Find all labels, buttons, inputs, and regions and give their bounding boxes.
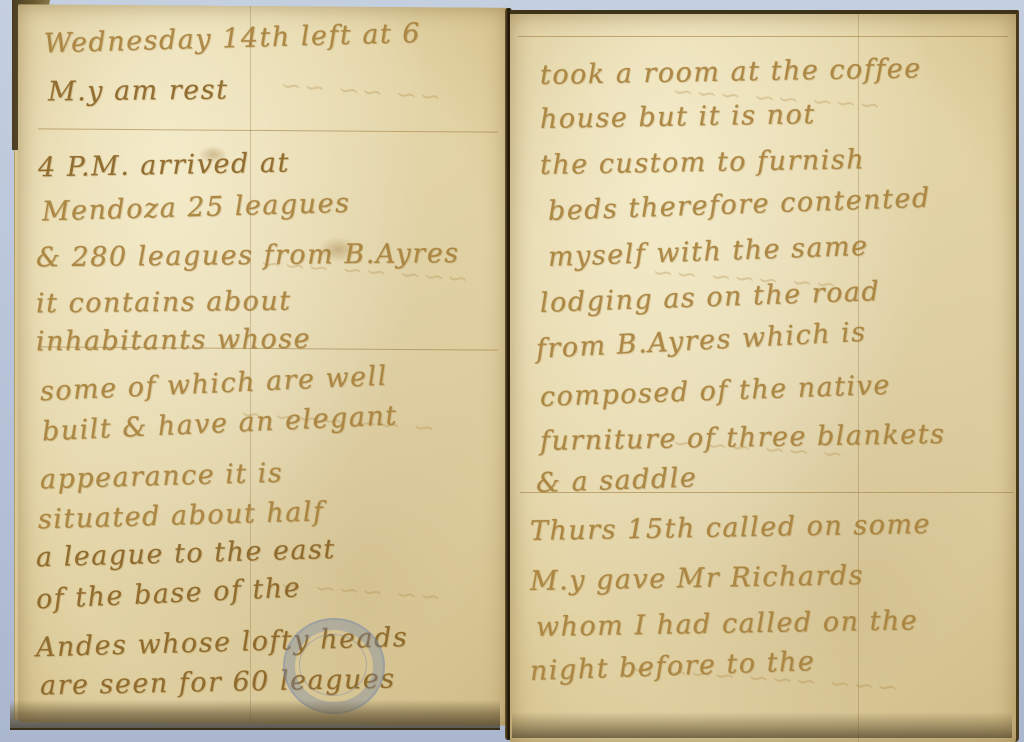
paper-crease	[250, 6, 251, 724]
handwritten-line: & 280 leagues from B.Ayres	[36, 238, 460, 273]
handwritten-line: appearance it is	[39, 458, 283, 496]
handwritten-line: from B.Ayres which is	[535, 317, 867, 365]
handwritten-line: myself with the same	[547, 231, 869, 273]
handwritten-line: night before to the	[529, 646, 815, 687]
handwritten-line: furniture of three blankets	[540, 419, 946, 457]
handwritten-line: the custom to furnish	[540, 144, 866, 181]
handwritten-line: took a room at the coffee	[540, 53, 922, 91]
handwritten-line: beds therefore contented	[547, 183, 931, 227]
handwritten-line: M.y am rest	[48, 75, 229, 108]
ink-bleed-through: ~~ ~~~ ~	[277, 570, 442, 612]
handwritten-line: & a saddle	[535, 462, 697, 499]
handwritten-line: composed of the native	[539, 370, 891, 413]
handwritten-line: inhabitants whose	[36, 324, 312, 358]
ruled-separator	[518, 36, 1008, 37]
handwritten-line: lodging as on the road	[539, 276, 880, 319]
left-page: ~~ ~~ ~~ ~~~ ~~ ~~~ ~ ~~ ~~~ ~ ~~ ~~~ ~ …	[18, 4, 508, 725]
handwritten-line: of the base of the	[35, 572, 302, 615]
handwritten-line: 4 P.M. arrived at	[38, 148, 291, 184]
handwritten-line: Thurs 15th called on some	[530, 509, 932, 547]
handwritten-line: house but it is not	[540, 99, 816, 135]
handwritten-line: whom I had called on the	[536, 605, 919, 643]
handwritten-line: situated about half	[37, 496, 325, 535]
handwritten-line: built & have an elegant	[41, 400, 398, 447]
handwritten-line: some of which are well	[39, 361, 388, 408]
handwritten-line: it contains about	[36, 286, 292, 320]
ruled-separator	[38, 128, 498, 132]
handwritten-line: Mendoza 25 leagues	[41, 188, 351, 228]
ink-bleed-through: ~~ ~~ ~~	[277, 70, 442, 112]
handwritten-line: a league to the east	[35, 534, 336, 573]
manuscript-scan: ~~ ~~ ~~ ~~~ ~~ ~~~ ~ ~~ ~~~ ~ ~~ ~~~ ~ …	[0, 0, 1024, 742]
right-page: ~~~ ~~ ~~~ ~~ ~~~ ~~ ~ ~~ ~~ ~ ~~~ ~~~ ~…	[510, 10, 1019, 742]
handwritten-line: Wednesday 14th left at 6	[43, 18, 421, 60]
worn-bottom-edge	[10, 700, 500, 730]
worn-bottom-edge	[512, 712, 1012, 738]
library-stamp-inner-ring	[299, 634, 367, 696]
handwritten-line: M.y gave Mr Richards	[530, 560, 865, 597]
